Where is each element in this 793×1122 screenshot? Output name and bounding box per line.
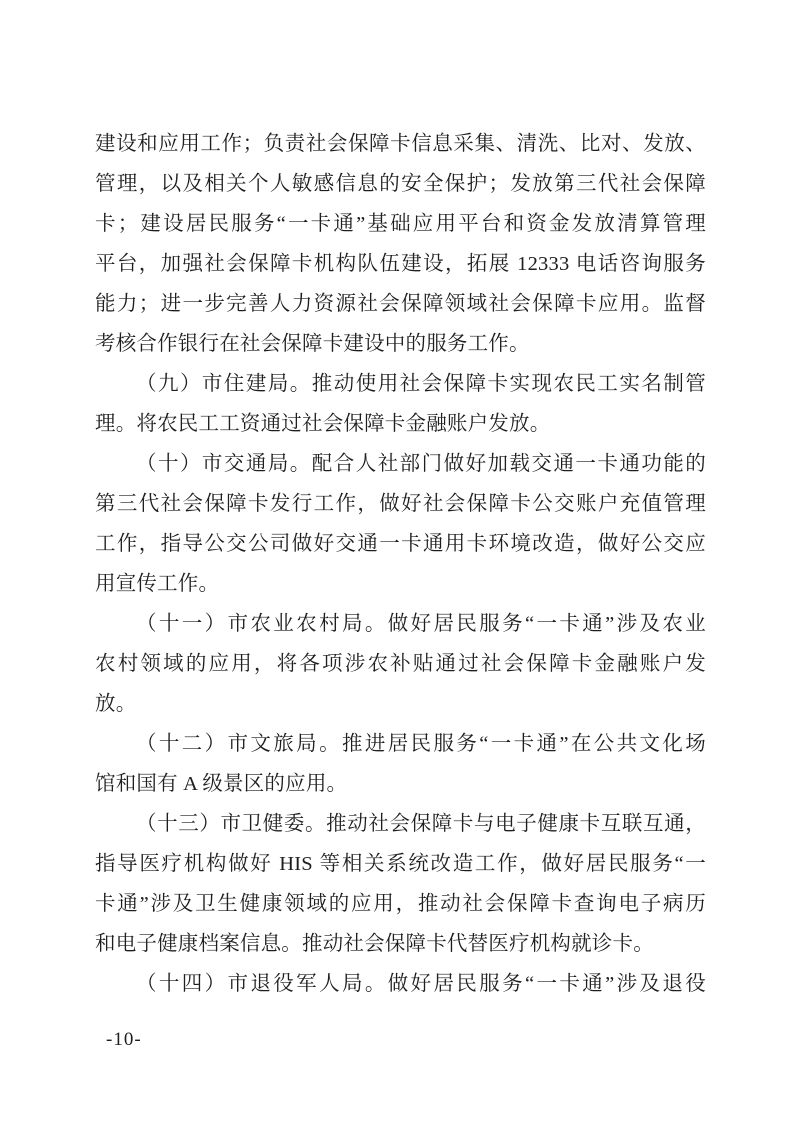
text-line: 放。 [95,684,706,724]
document-page: 建设和应用工作；负责社会保障卡信息采集、清洗、比对、发放、管理，以及相关个人敏感… [0,0,793,1122]
text-line: 考核合作银行在社会保障卡建设中的服务工作。 [95,324,706,364]
text-line: 用宣传工作。 [95,564,706,604]
text-line: （十）市交通局。配合人社部门做好加载交通一卡通功能的 [95,444,706,484]
text-line: 建设和应用工作；负责社会保障卡信息采集、清洗、比对、发放、 [95,124,706,164]
text-line: （十三）市卫健委。推动社会保障卡与电子健康卡互联互通， [95,804,706,844]
text-line: 管理，以及相关个人敏感信息的安全保护；发放第三代社会保障 [95,164,706,204]
document-body-text: 建设和应用工作；负责社会保障卡信息采集、清洗、比对、发放、管理，以及相关个人敏感… [95,124,706,1004]
page-number: -10- [106,1026,142,1054]
text-line: 平台，加强社会保障卡机构队伍建设，拓展 12333 电话咨询服务 [95,244,706,284]
text-line: 卡通”涉及卫生健康领域的应用，推动社会保障卡查询电子病历 [95,884,706,924]
text-line: 指导医疗机构做好 HIS 等相关系统改造工作，做好居民服务“一 [95,844,706,884]
text-line: 工作，指导公交公司做好交通一卡通用卡环境改造，做好公交应 [95,524,706,564]
text-line: （十四）市退役军人局。做好居民服务“一卡通”涉及退役 [95,964,706,1004]
text-line: 卡；建设居民服务“一卡通”基础应用平台和资金发放清算管理 [95,204,706,244]
text-line: （十二）市文旅局。推进居民服务“一卡通”在公共文化场 [95,724,706,764]
text-line: （十一）市农业农村局。做好居民服务“一卡通”涉及农业 [95,604,706,644]
text-line: 农村领域的应用，将各项涉农补贴通过社会保障卡金融账户发 [95,644,706,684]
text-line: 能力；进一步完善人力资源社会保障领域社会保障卡应用。监督 [95,284,706,324]
text-line: 和电子健康档案信息。推动社会保障卡代替医疗机构就诊卡。 [95,924,706,964]
text-line: 理。将农民工工资通过社会保障卡金融账户发放。 [95,404,706,444]
text-line: 第三代社会保障卡发行工作，做好社会保障卡公交账户充值管理 [95,484,706,524]
text-line: （九）市住建局。推动使用社会保障卡实现农民工实名制管 [95,364,706,404]
text-line: 馆和国有 A 级景区的应用。 [95,764,706,804]
